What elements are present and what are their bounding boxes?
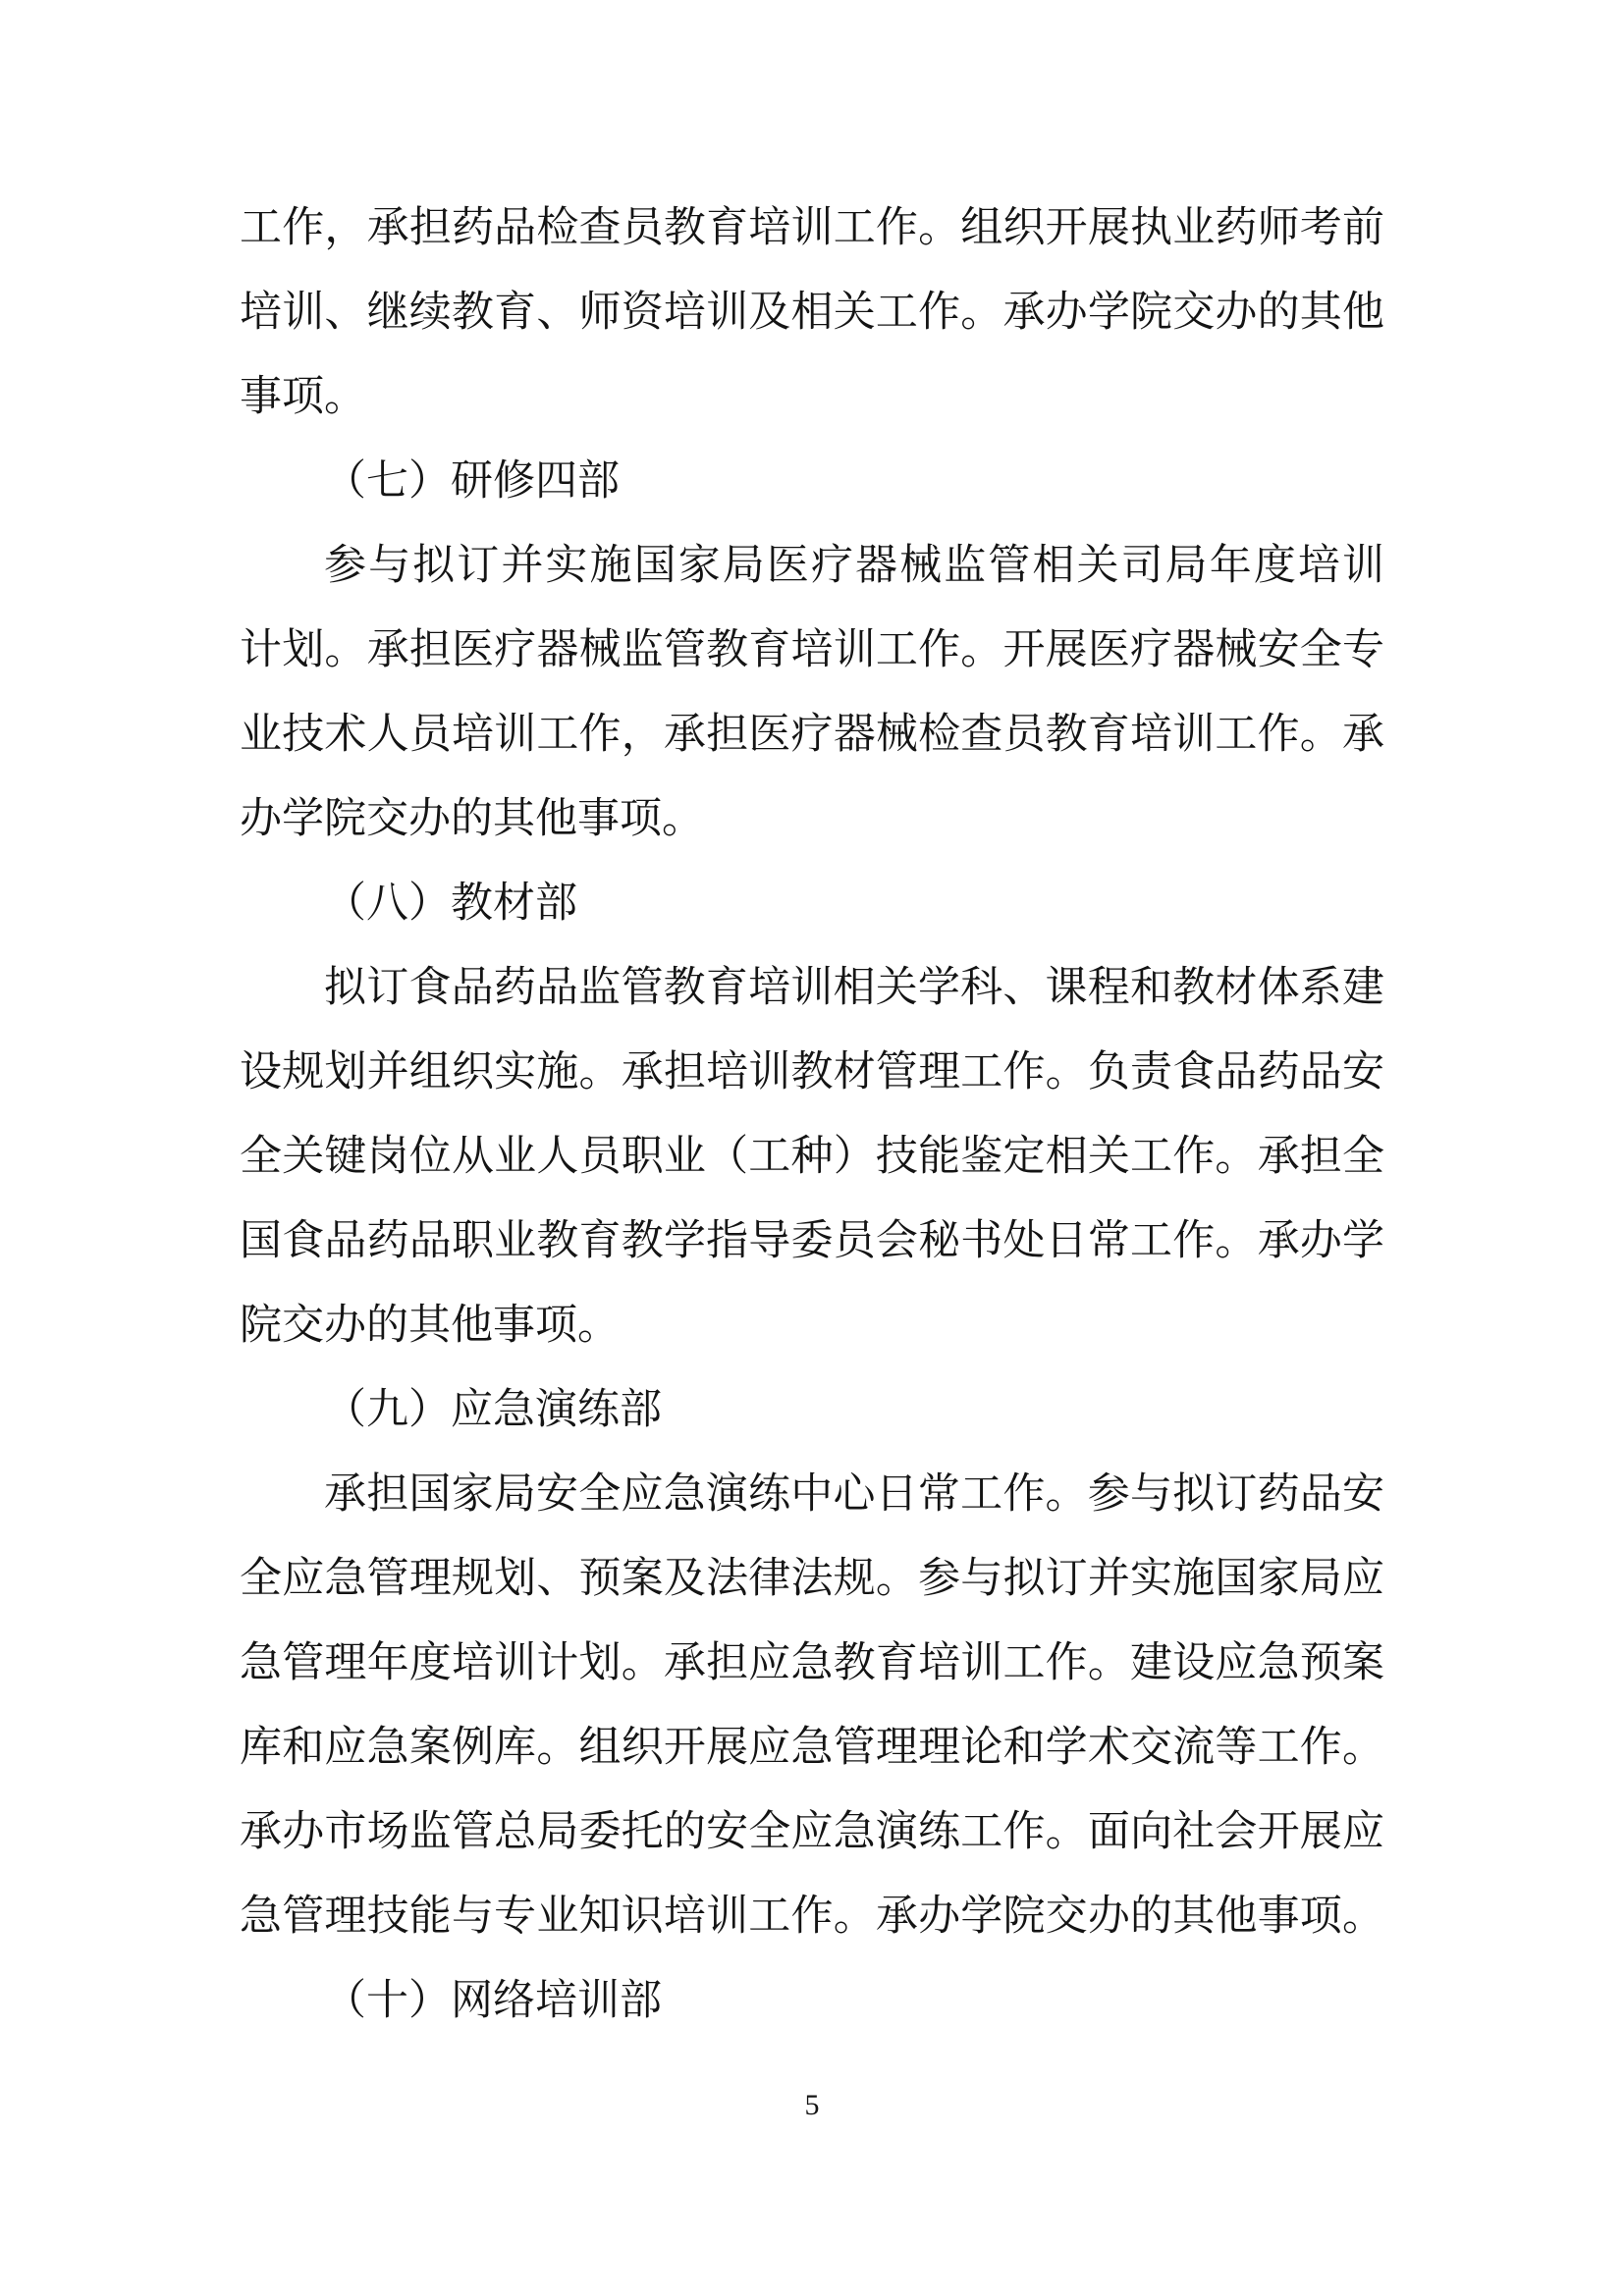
text-line: 办学院交办的其他事项。 xyxy=(240,777,1384,862)
document-page: 工作，承担药品检查员教育培训工作。组织开展执业药师考前培训、继续教育、师资培训及… xyxy=(0,0,1624,2296)
text-line: 全关键岗位从业人员职业（工种）技能鉴定相关工作。承担全 xyxy=(240,1115,1384,1200)
text-line: 国食品药品职业教育教学指导委员会秘书处日常工作。承办学 xyxy=(240,1200,1384,1284)
text-line: 培训、继续教育、师资培训及相关工作。承办学院交办的其他 xyxy=(240,271,1384,355)
text-line: 急管理年度培训计划。承担应急教育培训工作。建设应急预案 xyxy=(240,1622,1384,1706)
section-heading: （十）网络培训部 xyxy=(240,1959,1384,2044)
text-line: 承办市场监管总局委托的安全应急演练工作。面向社会开展应 xyxy=(240,1790,1384,1875)
section-heading: （九）应急演练部 xyxy=(240,1368,1384,1453)
text-line: 计划。承担医疗器械监管教育培训工作。开展医疗器械安全专 xyxy=(240,609,1384,693)
text-line: 承担国家局安全应急演练中心日常工作。参与拟订药品安 xyxy=(240,1453,1384,1537)
text-line: 工作，承担药品检查员教育培训工作。组织开展执业药师考前 xyxy=(240,187,1384,271)
text-line: 院交办的其他事项。 xyxy=(240,1284,1384,1368)
text-line: 业技术人员培训工作，承担医疗器械检查员教育培训工作。承 xyxy=(240,693,1384,777)
section-heading: （七）研修四部 xyxy=(240,440,1384,524)
text-line: 参与拟订并实施国家局医疗器械监管相关司局年度培训 xyxy=(240,524,1384,609)
text-line: 设规划并组织实施。承担培训教材管理工作。负责食品药品安 xyxy=(240,1031,1384,1115)
text-line: 全应急管理规划、预案及法律法规。参与拟订并实施国家局应 xyxy=(240,1537,1384,1622)
text-line: 库和应急案例库。组织开展应急管理理论和学术交流等工作。 xyxy=(240,1706,1384,1790)
text-line: 急管理技能与专业知识培训工作。承办学院交办的其他事项。 xyxy=(240,1875,1384,1959)
text-line: 拟订食品药品监管教育培训相关学科、课程和教材体系建 xyxy=(240,946,1384,1031)
section-heading: （八）教材部 xyxy=(240,862,1384,946)
page-number: 5 xyxy=(0,2089,1624,2122)
document-body: 工作，承担药品检查员教育培训工作。组织开展执业药师考前培训、继续教育、师资培训及… xyxy=(240,187,1384,2044)
text-line: 事项。 xyxy=(240,355,1384,440)
